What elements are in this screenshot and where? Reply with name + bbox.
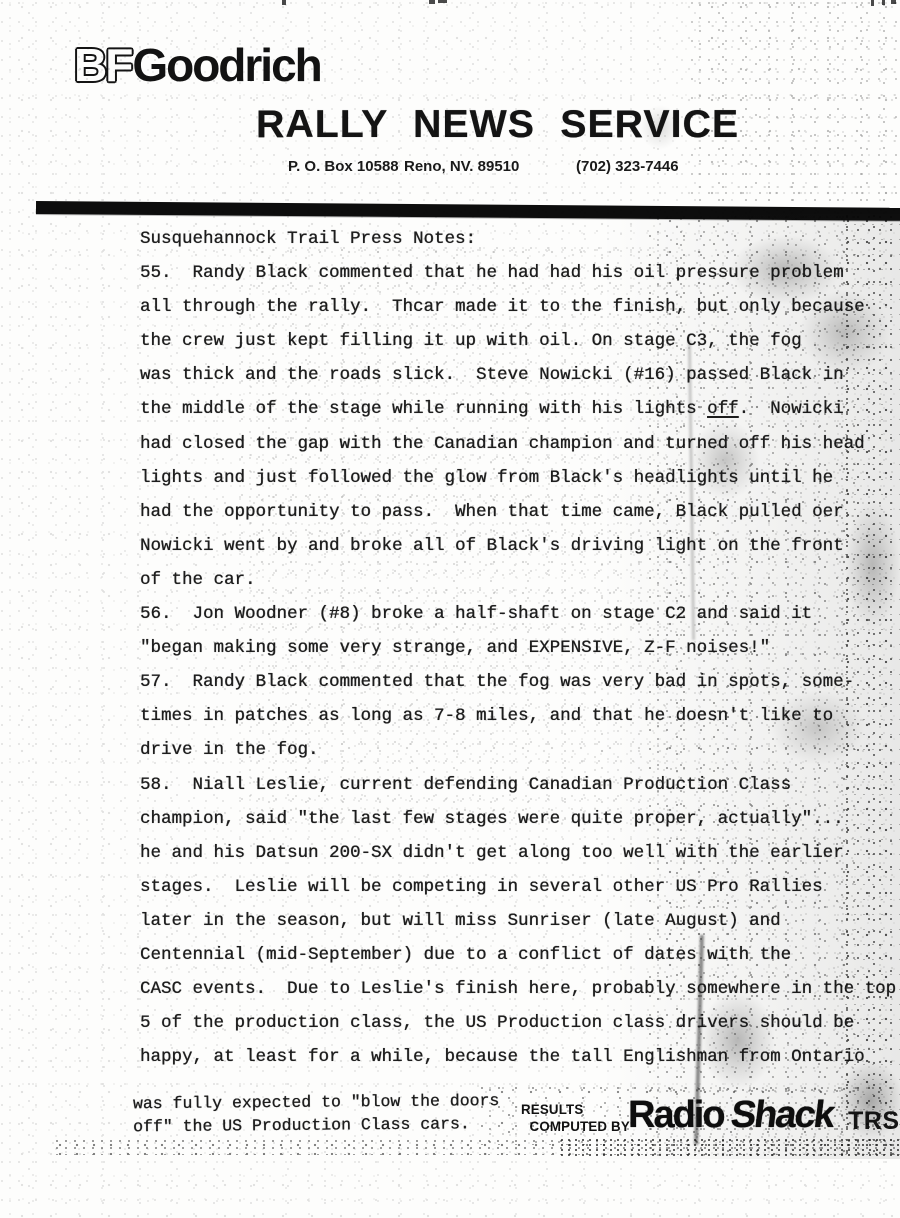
divider-bar bbox=[36, 201, 900, 221]
typed-text: off" the US Production Class cars. bbox=[133, 1114, 470, 1136]
logo-bf-outline: BF bbox=[74, 39, 131, 91]
typed-line: of the car. bbox=[140, 563, 880, 597]
typed-line: all through the rally. Thcar made it to … bbox=[140, 290, 880, 324]
scan-artifact bbox=[282, 0, 286, 5]
typed-text: Nowicki went by and broke all of Black's… bbox=[140, 536, 844, 556]
typed-line: 55. Randy Black commented that he had ha… bbox=[140, 256, 880, 290]
underlined-word: off bbox=[707, 399, 739, 419]
typed-text: 56. Jon Woodner (#8) broke a half-shaft … bbox=[140, 604, 812, 624]
typed-text: lights and just followed the glow from B… bbox=[140, 468, 833, 488]
typed-text: of the car. bbox=[140, 570, 256, 590]
scanned-document-page: BFGoodrich RALLY NEWS SERVICE P. O. Box … bbox=[0, 0, 900, 1218]
typed-text: was thick and the roads slick. Steve Now… bbox=[140, 365, 844, 385]
typed-text: happy, at least for a while, because the… bbox=[140, 1047, 865, 1067]
typed-text: had the opportunity to pass. When that t… bbox=[140, 502, 844, 522]
typed-line: times in patches as long as 7-8 miles, a… bbox=[140, 699, 880, 733]
typed-text: Susquehannock Trail Press Notes: bbox=[140, 229, 476, 249]
typed-text: champion, said "the last few stages were… bbox=[140, 809, 844, 829]
typed-text: was fully expected to "blow the doors bbox=[133, 1091, 500, 1113]
typed-text: times in patches as long as 7-8 miles, a… bbox=[140, 706, 833, 726]
bfgoodrich-logo: BFGoodrich bbox=[74, 38, 321, 92]
po-box: P. O. Box 10588 bbox=[288, 158, 399, 175]
typed-line: 57. Randy Black commented that the fog w… bbox=[140, 665, 880, 699]
typed-text: 57. Randy Black commented that the fog w… bbox=[140, 672, 854, 692]
typed-line: had closed the gap with the Canadian cha… bbox=[140, 427, 880, 461]
noise-overlay bbox=[55, 1138, 900, 1155]
logo-goodrich: Goodrich bbox=[132, 39, 320, 91]
trs-model-label: TRS-8 bbox=[848, 1107, 900, 1136]
typed-text: 5 of the production class, the US Produc… bbox=[140, 1013, 854, 1033]
typed-line: happy, at least for a while, because the… bbox=[140, 1040, 880, 1074]
city-state-zip: Reno, NV. 89510 bbox=[404, 158, 519, 175]
typed-line: stages. Leslie will be competing in seve… bbox=[140, 870, 880, 904]
radio-shack-logo: RadioShack bbox=[628, 1094, 833, 1137]
scan-artifact bbox=[871, 0, 874, 6]
noise-overlay bbox=[560, 1137, 900, 1156]
typed-line: Susquehannock Trail Press Notes: bbox=[140, 222, 880, 256]
typed-line: the middle of the stage while running wi… bbox=[140, 392, 880, 426]
typed-line: had the opportunity to pass. When that t… bbox=[140, 495, 880, 529]
typed-line: later in the season, but will miss Sunri… bbox=[140, 904, 880, 938]
typed-text: later in the season, but will miss Sunri… bbox=[140, 911, 781, 931]
typed-line: "began making some very strange, and EXP… bbox=[140, 631, 880, 665]
typed-line: the crew just kept filling it up with oi… bbox=[140, 324, 880, 358]
typed-line: was thick and the roads slick. Steve Now… bbox=[140, 358, 880, 392]
scan-artifact bbox=[429, 0, 435, 4]
typed-text: 58. Niall Leslie, current defending Cana… bbox=[140, 775, 791, 795]
typed-text: he and his Datsun 200-SX didn't get alon… bbox=[140, 843, 844, 863]
typed-text: Centennial (mid-September) due to a conf… bbox=[140, 945, 791, 965]
typed-line: 58. Niall Leslie, current defending Cana… bbox=[140, 768, 880, 802]
typed-line: CASC events. Due to Leslie's finish here… bbox=[140, 972, 880, 1006]
typed-text: all through the rally. Thcar made it to … bbox=[140, 297, 865, 317]
typed-text: stages. Leslie will be competing in seve… bbox=[140, 877, 823, 897]
typed-text: the crew just kept filling it up with oi… bbox=[140, 331, 802, 351]
typed-text: 55. Randy Black commented that he had ha… bbox=[140, 263, 844, 283]
typed-line: 56. Jon Woodner (#8) broke a half-shaft … bbox=[140, 597, 880, 631]
typed-text: the middle of the stage while running wi… bbox=[140, 399, 707, 419]
press-notes-body: Susquehannock Trail Press Notes:55. Rand… bbox=[140, 222, 880, 1074]
radio-shack-logo-radio: Radio bbox=[628, 1094, 724, 1136]
typed-text: had closed the gap with the Canadian cha… bbox=[140, 434, 865, 454]
typed-text: CASC events. Due to Leslie's finish here… bbox=[140, 979, 896, 999]
typed-line: 5 of the production class, the US Produc… bbox=[140, 1006, 880, 1040]
scan-artifact bbox=[438, 0, 447, 3]
typed-line: Centennial (mid-September) due to a conf… bbox=[140, 938, 880, 972]
phone-number: (702) 323-7446 bbox=[576, 158, 679, 175]
letterhead-address-row: P. O. Box 10588 Reno, NV. 89510 (702) 32… bbox=[0, 158, 900, 180]
results-computed-by-label: RESULTS COMPUTED BY bbox=[521, 1101, 630, 1135]
typed-line: lights and just followed the glow from B… bbox=[140, 461, 880, 495]
typed-text: . Nowicki bbox=[739, 399, 844, 419]
typed-text: drive in the fog. bbox=[140, 740, 319, 760]
results-label-line2: COMPUTED BY bbox=[530, 1118, 630, 1135]
radio-shack-logo-shack: Shack bbox=[728, 1094, 835, 1137]
typed-text: "began making some very strange, and EXP… bbox=[140, 638, 770, 658]
typed-line: he and his Datsun 200-SX didn't get alon… bbox=[140, 836, 880, 870]
results-label-line1: RESULTS bbox=[521, 1101, 630, 1118]
scan-artifact bbox=[882, 0, 885, 5]
typed-line: Nowicki went by and broke all of Black's… bbox=[140, 529, 880, 563]
page-title: RALLY NEWS SERVICE bbox=[256, 102, 739, 146]
typed-line: champion, said "the last few stages were… bbox=[140, 802, 880, 836]
scan-artifact bbox=[891, 0, 896, 4]
typed-line: drive in the fog. bbox=[140, 733, 880, 767]
